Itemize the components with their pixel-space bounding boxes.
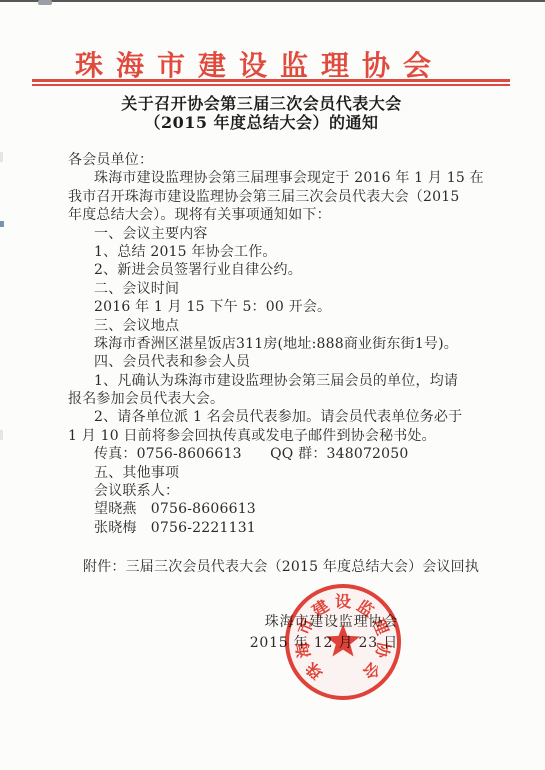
scanned-notice-page: 珠海市建设监理协会 关于召开协会第三届三次会员代表大会 （2015 年度总结大会… [0,0,545,770]
body-line: 1、凡确认为珠海市建设监理协会第三届会员的单位，均请 [68,372,464,390]
body-line: 望晓燕 0756-8606613 [68,500,464,518]
scan-edge-artifact [0,0,545,2]
scan-smudge [0,221,4,227]
body-line: 张晓梅 0756-2221131 [68,519,464,537]
body-line: 1 月 10 日前将参会回执传真或发电子邮件到协会秘书处。 [68,427,464,445]
body-line: 传真：0756-8606613 QQ 群：348072050 [68,445,464,463]
seal-ring-char: 设 [335,592,351,611]
body-line: 珠海市建设监理协会第三届理事会现定于 2016 年 1 月 15 在 [68,169,464,187]
official-seal: 珠海市建设监理协会 [283,582,403,702]
body-line: 2、新进会员签署行业自律公约。 [68,261,464,279]
body-line: 三、会议地点 [68,317,464,335]
document-title-line1: 关于召开协会第三届三次会员代表大会 [0,94,534,113]
body-line: 珠海市香洲区湛星饭店311房(地址:888商业街东街1号)。 [68,335,464,353]
body-line: 2、请各单位派 1 名会员代表参加。请会员代表单位务必于 [68,408,464,426]
body-line: 会议联系人： [68,482,464,500]
scan-smudge [0,430,3,440]
letterhead-org-name: 珠海市建设监理协会 [0,44,532,84]
body-line: 四、会员代表和参会人员 [68,353,464,371]
notice-body: 各会员单位： 珠海市建设监理协会第三届理事会现定于 2016 年 1 月 15 … [68,151,464,537]
body-line: 年度总结大会）。现将有关事项通知如下： [68,206,464,224]
body-line: 我市召开珠海市建设监理协会第三届三次会员代表大会（2015 [68,188,464,206]
body-line: 一、会议主要内容 [68,225,464,243]
body-line: 二、会议时间 [68,280,464,298]
scan-smudge [0,152,3,162]
letterhead-divider-rule [32,79,510,86]
body-line: 各会员单位： [68,151,464,169]
body-line: 五、其他事项 [68,464,464,482]
body-line: 报名参加会员代表大会。 [68,390,464,408]
body-line: 1、总结 2015 年协会工作。 [68,243,464,261]
document-title-line2: （2015 年度总结大会）的通知 [0,113,534,132]
body-line: 2016 年 1 月 15 下午 5：00 开会。 [68,298,464,316]
official-seal-graphic: 珠海市建设监理协会 [283,582,403,702]
scan-smudge [38,0,52,5]
document-title: 关于召开协会第三届三次会员代表大会 （2015 年度总结大会）的通知 [0,94,534,132]
attachment-note: 附件：三届三次会员代表大会（2015 年度总结大会）会议回执 [83,556,523,576]
